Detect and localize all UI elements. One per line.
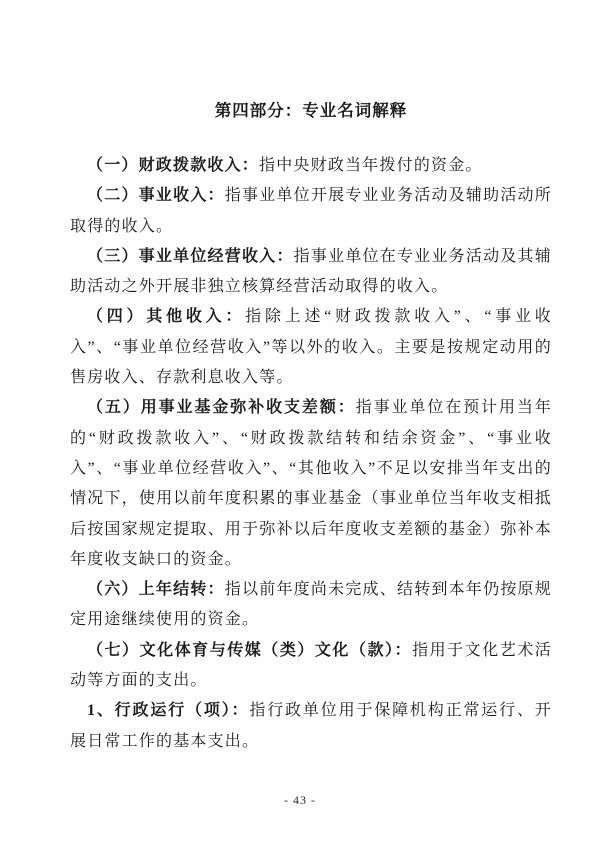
term-label: （二）事业收入： bbox=[87, 187, 225, 204]
term-paragraph-2: （二）事业收入：指事业单位开展专业业务活动及辅助活动所取得的收入。 bbox=[70, 181, 552, 242]
document-page: 第四部分：专业名词解释 （一）财政拨款收入：指中央财政当年拨付的资金。 （二）事… bbox=[0, 0, 600, 848]
term-paragraph-7: （七）文化体育与传媒（类）文化（款）：指用于文化艺术活动等方面的支出。 bbox=[70, 636, 552, 697]
term-definition: 指中央财政当年拨付的资金。 bbox=[259, 157, 483, 174]
term-label: （三）事业单位经营收入： bbox=[87, 248, 294, 265]
page-title: 第四部分：专业名词解释 bbox=[70, 97, 552, 125]
term-label: （一）财政拨款收入： bbox=[87, 157, 259, 174]
page-number: - 43 - bbox=[0, 793, 600, 808]
term-label: （七）文化体育与传媒（类）文化（款）： bbox=[87, 642, 412, 659]
term-paragraph-3: （三）事业单位经营收入：指事业单位在专业业务活动及其辅助活动之外开展非独立核算经… bbox=[70, 242, 552, 303]
term-paragraph-6: （六）上年结转：指以前年度尚未完成、结转到本年仍按原规定用途继续使用的资金。 bbox=[70, 575, 552, 636]
term-paragraph-5: （五）用事业基金弥补收支差额：指事业单位在预计用当年的“财政拨款收入”、“财政拨… bbox=[70, 393, 552, 575]
term-label: 1、行政运行（项）： bbox=[87, 702, 249, 719]
term-paragraph-1: （一）财政拨款收入：指中央财政当年拨付的资金。 bbox=[70, 151, 552, 181]
term-paragraph-4: （四）其他收入：指除上述“财政拨款收入”、“事业收入”、“事业单位经营收入”等以… bbox=[70, 302, 552, 393]
term-definition: 指事业单位在预计用当年的“财政拨款收入”、“财政拨款结转和结余资金”、“事业收入… bbox=[70, 399, 552, 567]
term-paragraph-8: 1、行政运行（项）：指行政单位用于保障机构正常运行、开展日常工作的基本支出。 bbox=[70, 696, 552, 757]
document-content: 第四部分：专业名词解释 （一）财政拨款收入：指中央财政当年拨付的资金。 （二）事… bbox=[70, 97, 552, 757]
term-label: （五）用事业基金弥补收支差额： bbox=[87, 399, 356, 416]
term-label: （四）其他收入： bbox=[87, 308, 245, 325]
term-label: （六）上年结转： bbox=[87, 581, 225, 598]
